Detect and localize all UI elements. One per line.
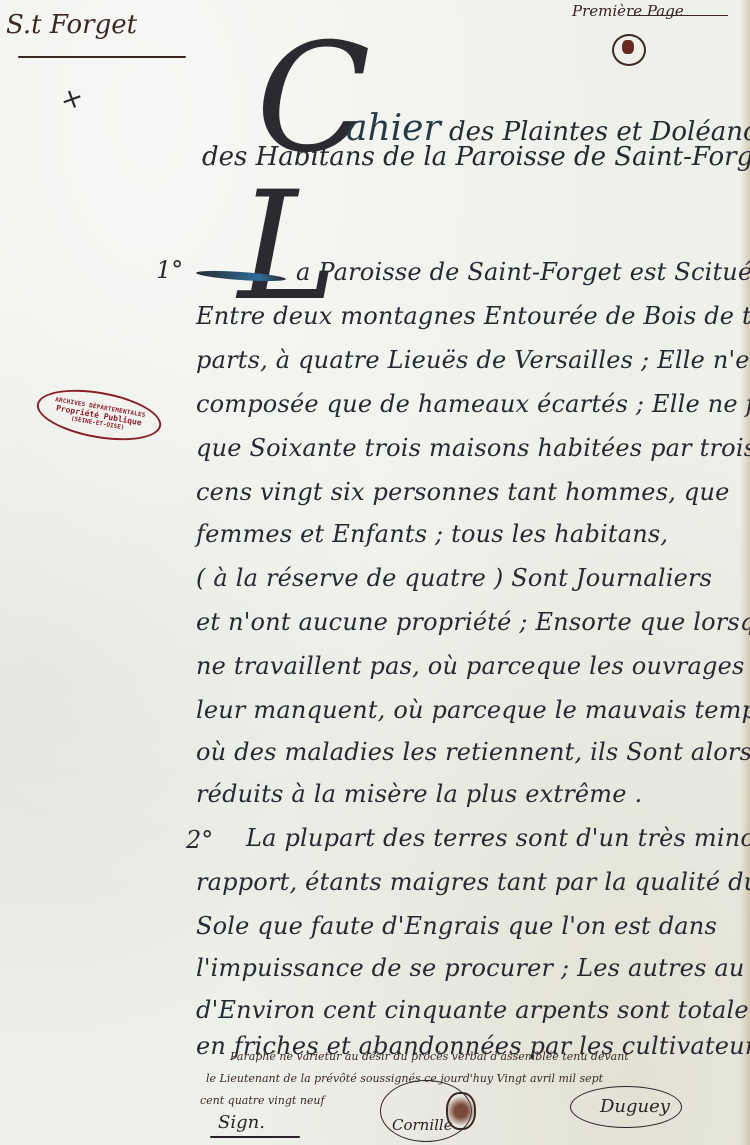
manuscript-page: S.t Forget + Première Page C ahier des P… [0, 0, 750, 1145]
section-1-line: composée que de hameaux écartés ; Elle n… [196, 390, 750, 418]
section-1-line: que Soixante trois maisons habitées par … [196, 434, 750, 462]
section-1-line: Entre deux montagnes Entourée de Bois de… [196, 302, 750, 330]
cross-mark-icon: + [55, 79, 88, 118]
section-2-line: Sole que faute d'Engrais que l'on est da… [196, 912, 717, 940]
folio-seal-wax [622, 40, 634, 54]
signature-3-loop [570, 1086, 682, 1128]
margin-reference: S.t Forget [6, 10, 137, 40]
section-1-line: a Paroisse de Saint-Forget est Scituée [296, 258, 750, 286]
archive-stamp: ARCHIVES DÉPARTEMENTALES Propriété Publi… [33, 381, 165, 448]
section-1-line: parts, à quatre Lieuës de Versailles ; E… [196, 346, 750, 374]
section-2-number: 2° [186, 826, 213, 854]
margin-reference-underline [18, 56, 186, 58]
section-1-line: et n'ont aucune propriété ; Ensorte que … [196, 608, 750, 636]
wax-seal-icon [446, 1092, 476, 1130]
section-1-line: cens vingt six personnes tant hommes, qu… [196, 478, 730, 506]
section-2-line: l'impuissance de se procurer ; Les autre… [196, 954, 750, 982]
section-1-line: femmes et Enfants ; tous les habitans, [196, 520, 668, 548]
signature-2: Cornille [392, 1116, 453, 1134]
section-1-line: ne travaillent pas, où parceque les ouvr… [196, 652, 745, 680]
footer-note-line-3: cent quatre vingt neuf [200, 1094, 325, 1107]
section-2-line: rapport, étants maigres tant par la qual… [196, 868, 750, 896]
section-1-line: ( à la réserve de quatre ) Sont Journali… [196, 564, 712, 592]
signature-1-flourish [210, 1136, 300, 1138]
section-1-initial: L [238, 172, 338, 322]
footer-note-line-1: Paraphé ne varietur au désir du procès v… [230, 1050, 629, 1063]
section-1-line: leur manquent, où parceque le mauvais te… [196, 696, 750, 724]
folio-label: Première Page [572, 2, 684, 20]
signature-1: Sign. [218, 1112, 265, 1133]
section-1-number: 1° [156, 256, 183, 284]
section-2-line: d'Environ cent cinquante arpents sont to… [196, 996, 750, 1024]
section-1-line: où des maladies les retiennent, ils Sont… [196, 738, 750, 766]
section-2-line: La plupart des terres sont d'un très min… [246, 824, 750, 852]
section-1-line: réduits à la misère la plus extrême . [196, 780, 642, 808]
folio-underline [628, 15, 728, 16]
